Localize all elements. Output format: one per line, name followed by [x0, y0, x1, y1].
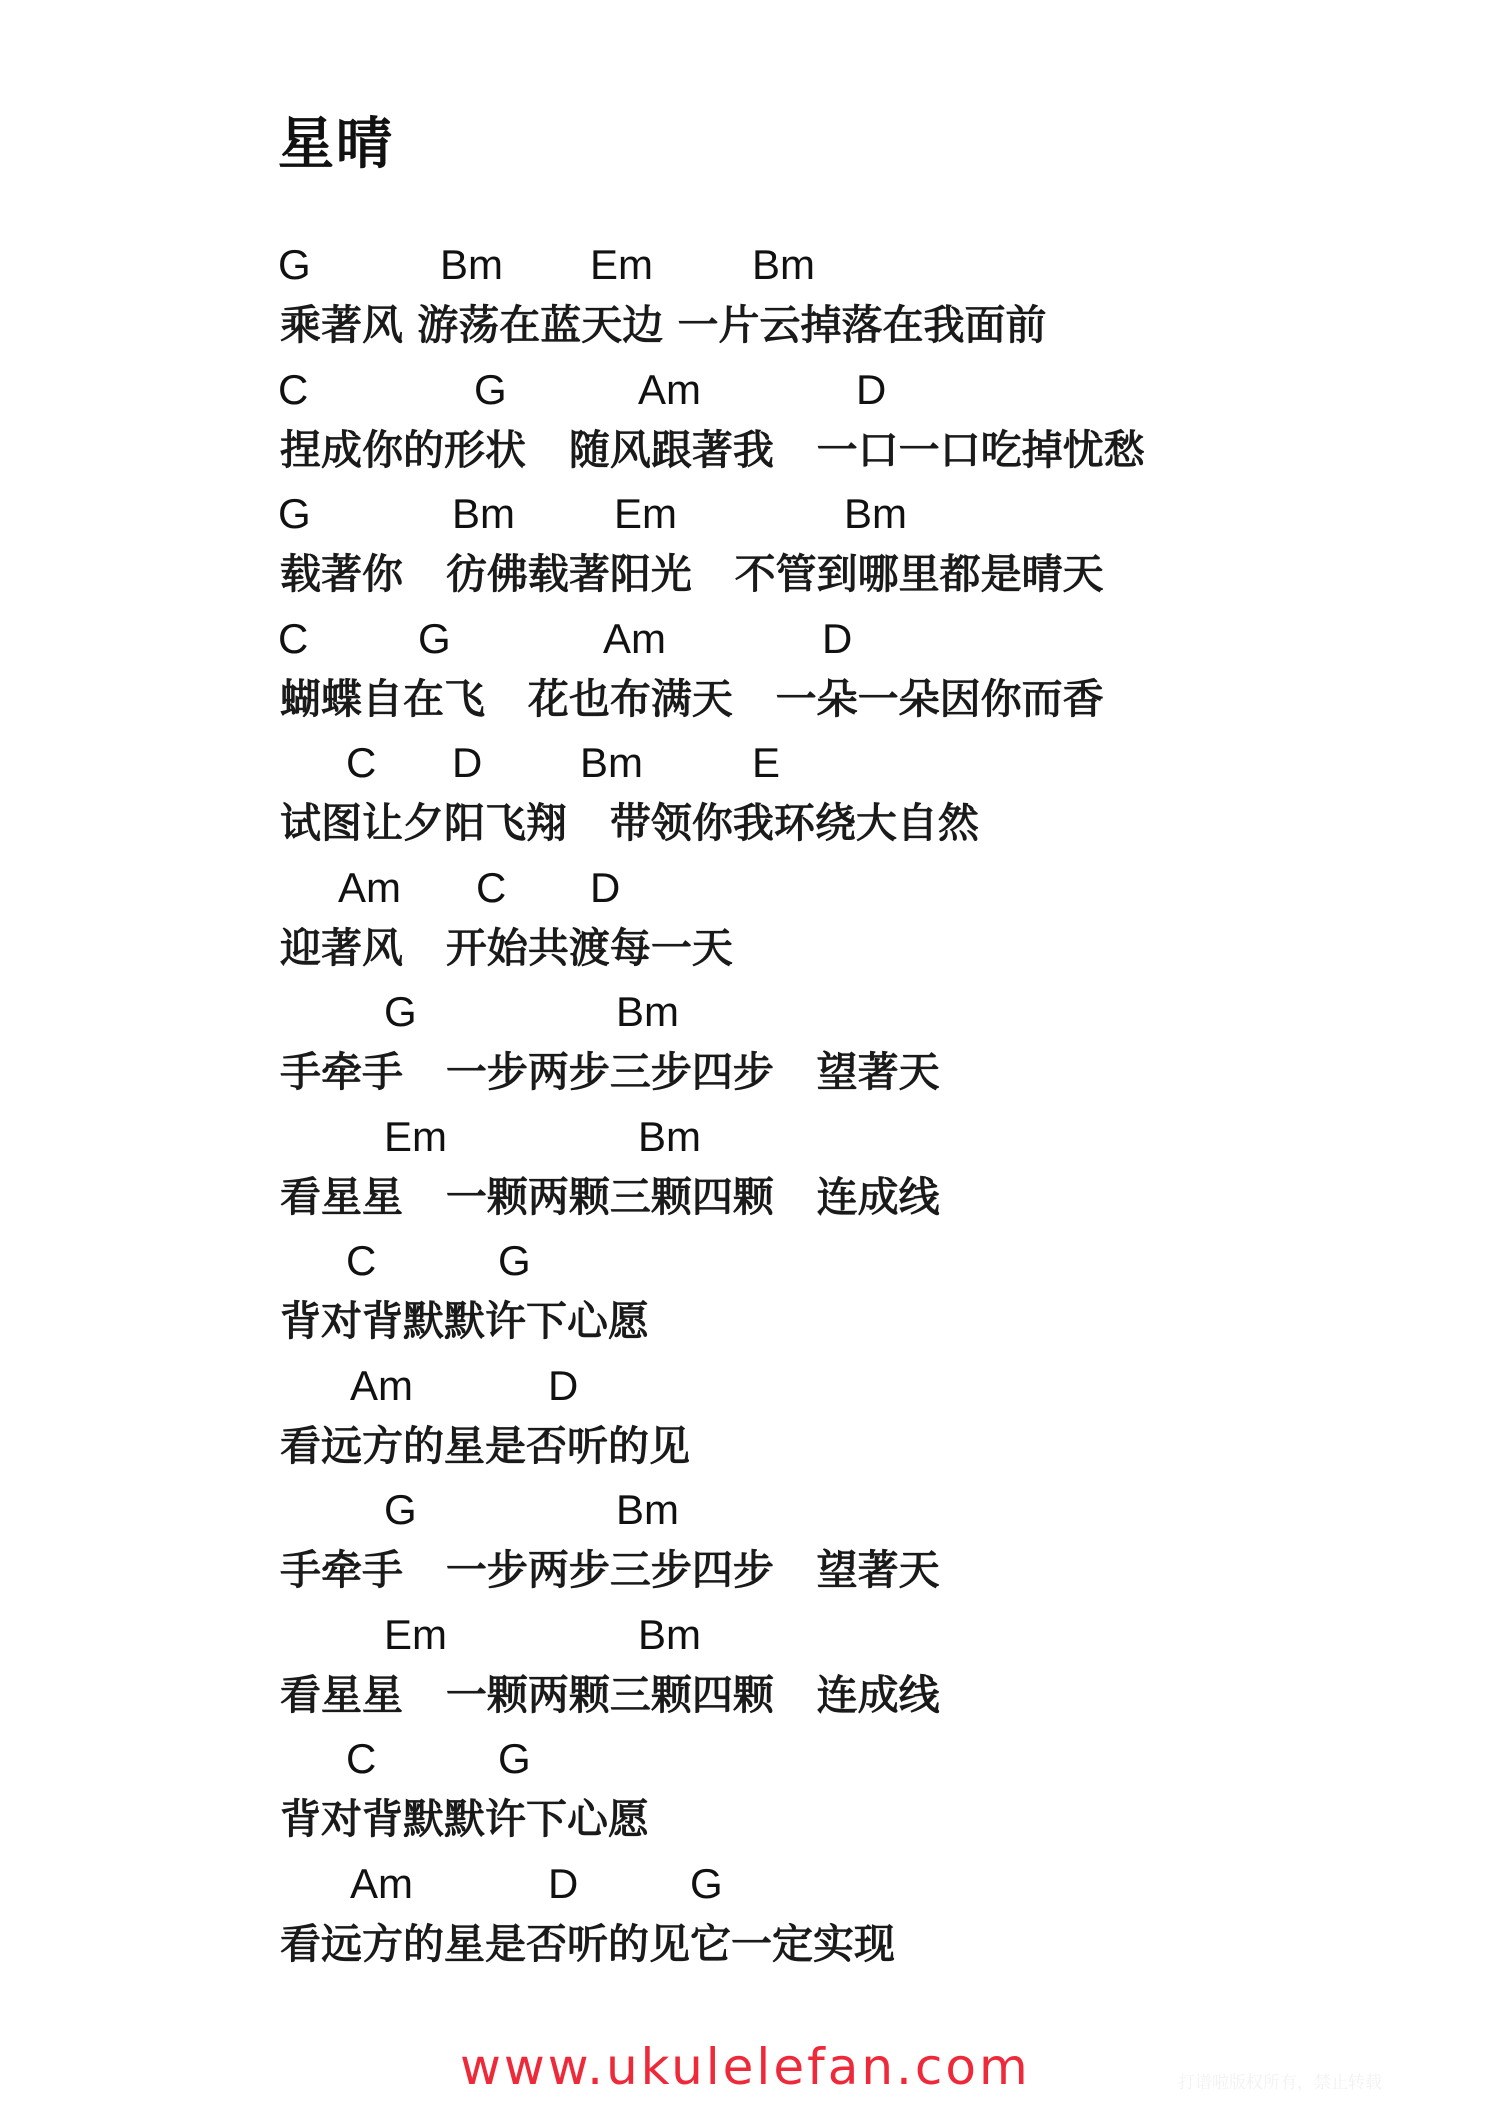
chord-label: C — [346, 1734, 376, 1784]
chord-label: Am — [603, 614, 666, 664]
chord-label: D — [856, 365, 886, 415]
chord-label: D — [548, 1361, 578, 1411]
chord-label: Em — [384, 1610, 447, 1660]
lyric-line: 载著你 彷佛载著阳光 不管到哪里都是晴天 — [280, 549, 1104, 599]
chord-label: C — [278, 614, 308, 664]
chord-row: AmDG — [0, 1859, 1500, 1909]
chord-label: G — [498, 1734, 531, 1784]
chord-label: E — [752, 738, 780, 788]
chord-label: G — [278, 489, 311, 539]
chord-row: AmD — [0, 1361, 1500, 1411]
chord-label: Am — [338, 863, 401, 913]
lyric-line: 看远方的星是否听的见 — [280, 1421, 690, 1471]
chord-label: Bm — [638, 1610, 701, 1660]
chord-label: Bm — [452, 489, 515, 539]
copyright-watermark: 打谱啦版权所有，禁止转载 — [1178, 2068, 1382, 2093]
lyric-line: 看远方的星是否听的见它一定实现 — [280, 1919, 895, 1969]
chord-label: Am — [350, 1859, 413, 1909]
chord-label: G — [690, 1859, 723, 1909]
lyric-line: 迎著风 开始共渡每一天 — [280, 923, 733, 973]
chord-row: CG — [0, 1734, 1500, 1784]
chord-row: GBm — [0, 1485, 1500, 1535]
lyric-line: 乘著风 游荡在蓝天边 一片云掉落在我面前 — [280, 300, 1047, 350]
lyric-line: 背对背默默许下心愿 — [280, 1794, 649, 1844]
chord-label: Am — [350, 1361, 413, 1411]
chord-label: G — [278, 240, 311, 290]
chord-label: Em — [614, 489, 677, 539]
site-url-link[interactable]: www.ukulelefan.com — [460, 2038, 1031, 2096]
chord-label: D — [452, 738, 482, 788]
lyric-line: 试图让夕阳飞翔 带领你我环绕大自然 — [280, 798, 979, 848]
chord-label: D — [548, 1859, 578, 1909]
chord-label: G — [418, 614, 451, 664]
lyric-line: 捏成你的形状 随风跟著我 一口一口吃掉忧愁 — [280, 425, 1145, 475]
chord-label: Em — [384, 1112, 447, 1162]
lyric-line: 背对背默默许下心愿 — [280, 1296, 649, 1346]
song-title: 星晴 — [278, 100, 394, 180]
chord-label: Bm — [616, 987, 679, 1037]
lyric-line: 看星星 一颗两颗三颗四颗 连成线 — [280, 1670, 940, 1720]
chord-row: CDBmE — [0, 738, 1500, 788]
chord-row: GBm — [0, 987, 1500, 1037]
chord-label: D — [822, 614, 852, 664]
chord-label: C — [278, 365, 308, 415]
chord-label: G — [498, 1236, 531, 1286]
chord-label: Bm — [580, 738, 643, 788]
chord-row: GBmEmBm — [0, 489, 1500, 539]
lyric-line: 手牵手 一步两步三步四步 望著天 — [280, 1545, 940, 1595]
chord-row: EmBm — [0, 1610, 1500, 1660]
chord-label: C — [346, 738, 376, 788]
chord-row: CGAmD — [0, 365, 1500, 415]
chord-label: Bm — [638, 1112, 701, 1162]
chord-label: Bm — [752, 240, 815, 290]
chord-row: EmBm — [0, 1112, 1500, 1162]
chord-label: G — [384, 987, 417, 1037]
chord-row: CG — [0, 1236, 1500, 1286]
chord-label: C — [476, 863, 506, 913]
lyric-line: 蝴蝶自在飞 花也布满天 一朵一朵因你而香 — [280, 674, 1104, 724]
chord-label: Em — [590, 240, 653, 290]
chord-label: Bm — [616, 1485, 679, 1535]
chord-label: C — [346, 1236, 376, 1286]
chord-row: AmCD — [0, 863, 1500, 913]
chord-label: G — [474, 365, 507, 415]
chord-label: D — [590, 863, 620, 913]
chord-row: GBmEmBm — [0, 240, 1500, 290]
lyric-line: 看星星 一颗两颗三颗四颗 连成线 — [280, 1172, 940, 1222]
chord-row: CGAmD — [0, 614, 1500, 664]
chord-label: Am — [638, 365, 701, 415]
chord-label: Bm — [440, 240, 503, 290]
chord-label: G — [384, 1485, 417, 1535]
lyric-line: 手牵手 一步两步三步四步 望著天 — [280, 1047, 940, 1097]
chord-label: Bm — [844, 489, 907, 539]
